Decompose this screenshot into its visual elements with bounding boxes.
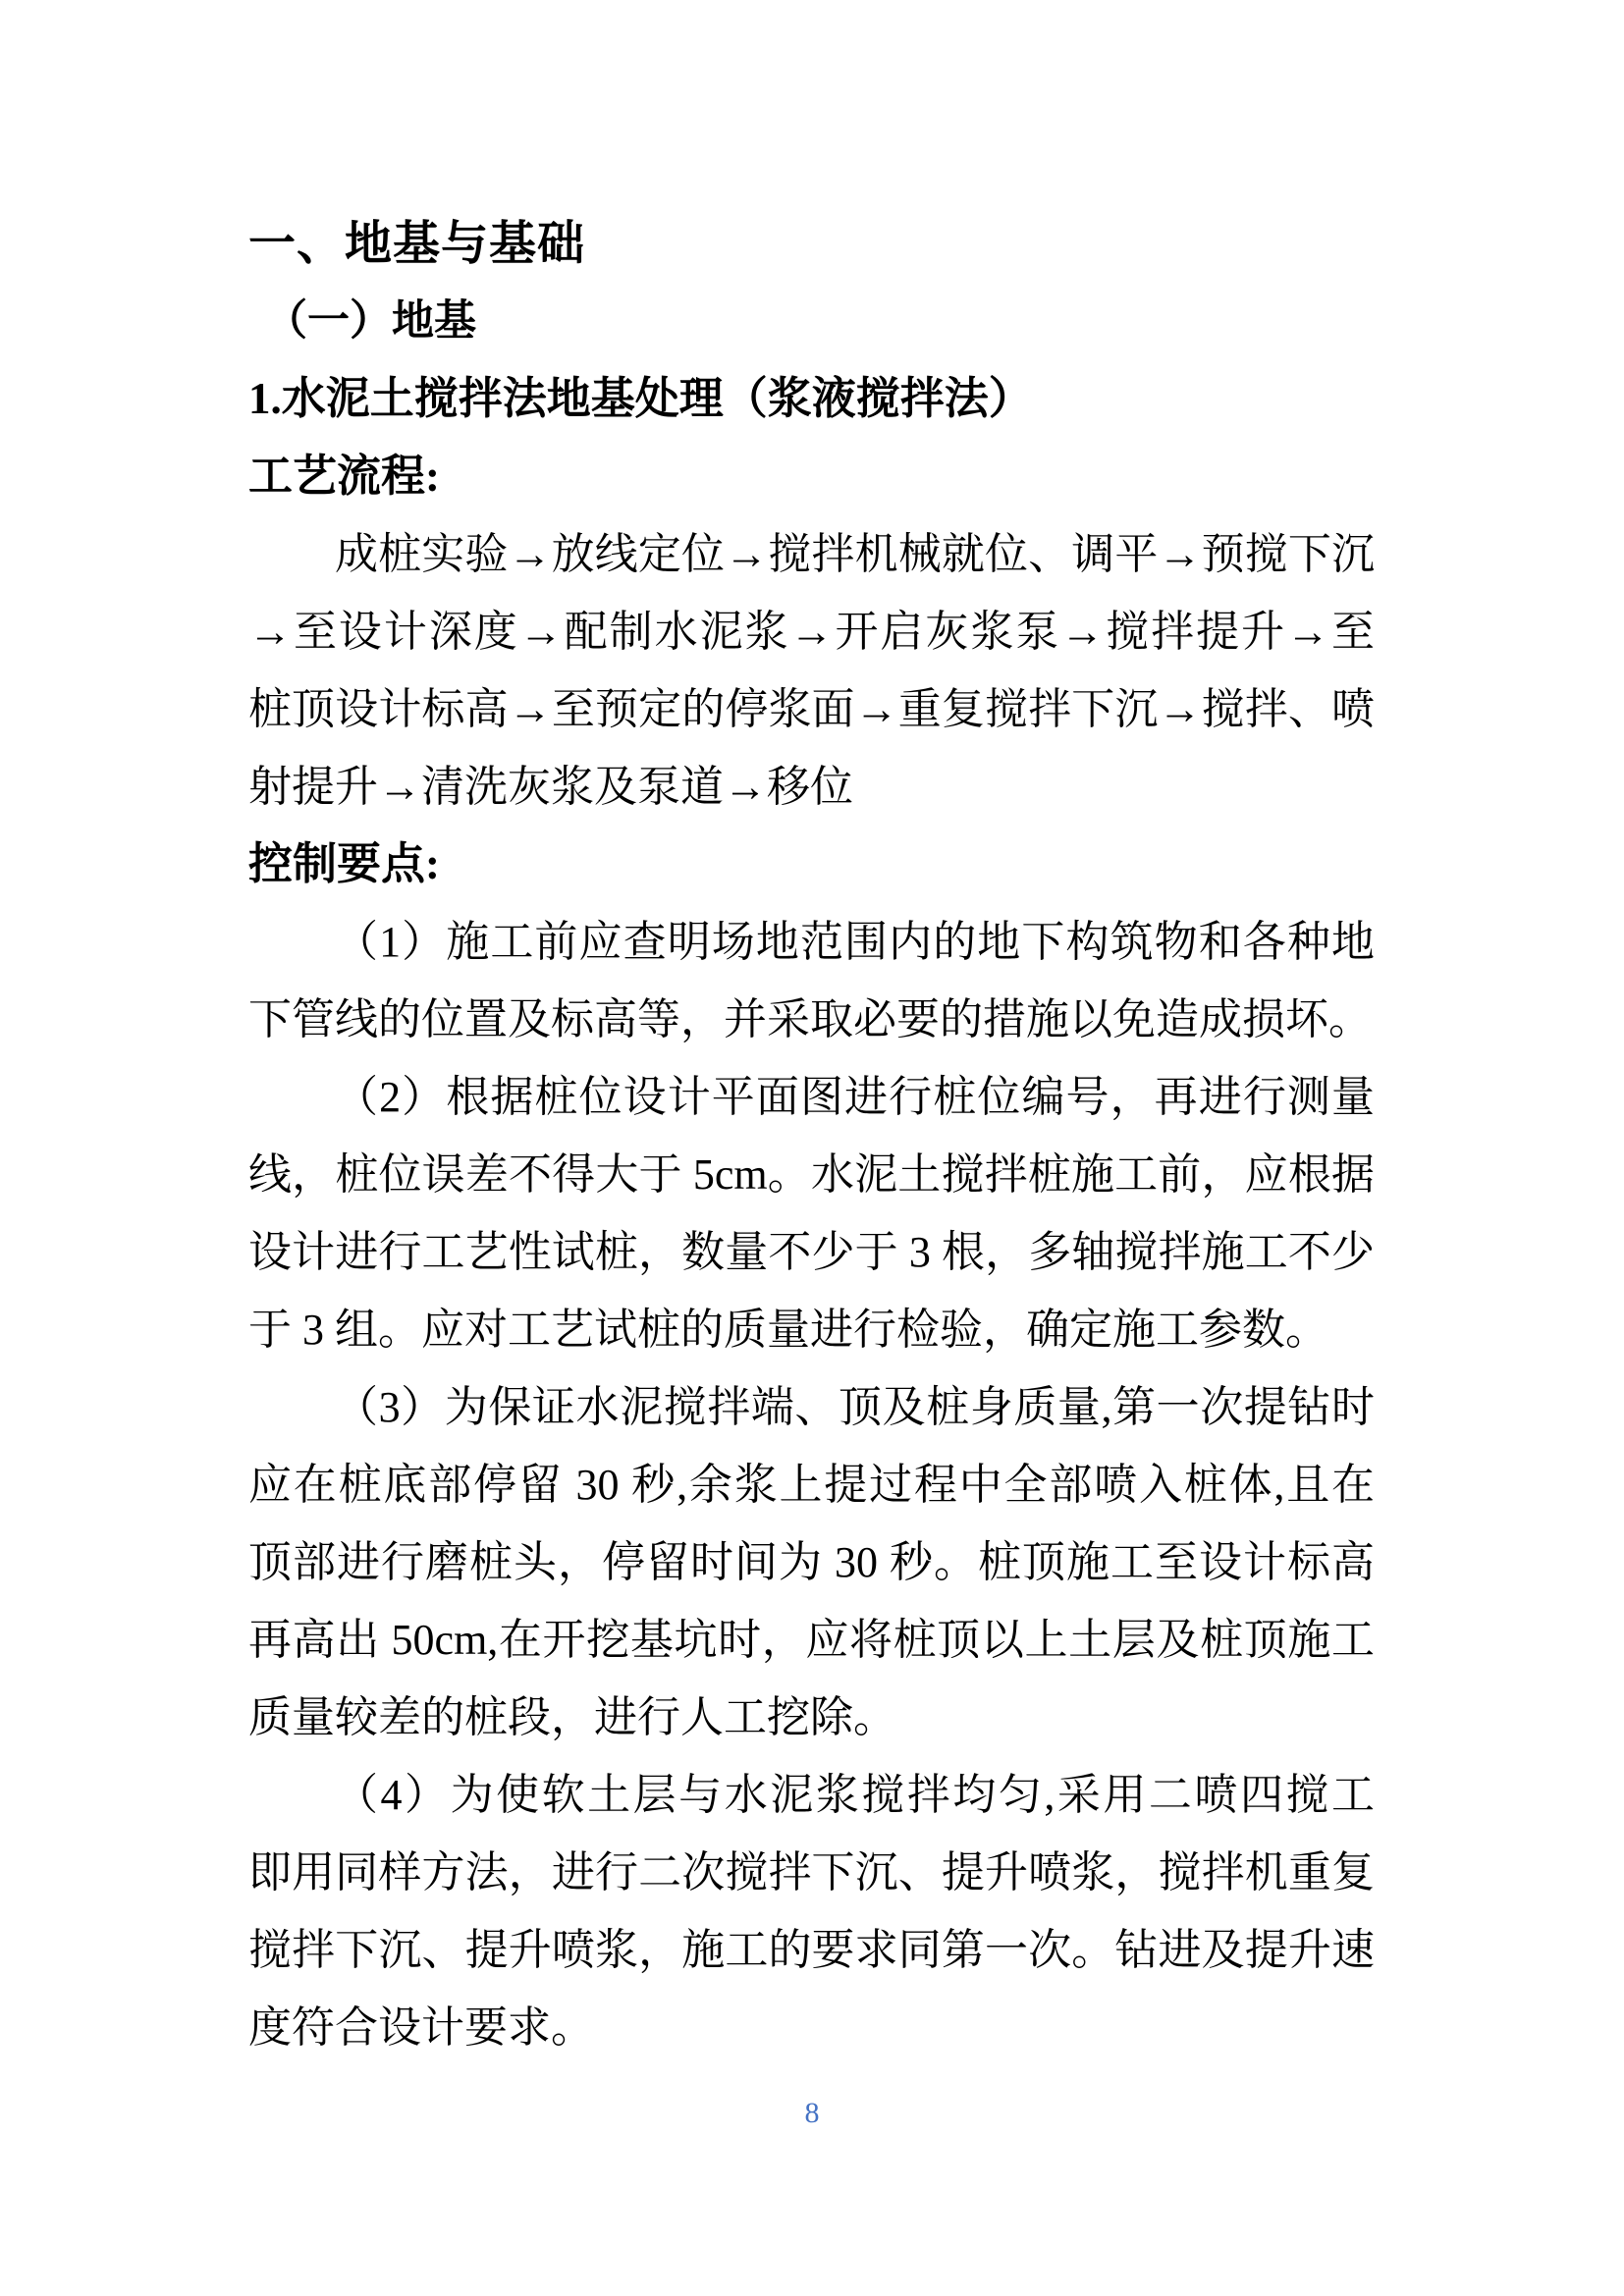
key-point-line: 线，桩位误差不得大于 5cm。水泥土搅拌桩施工前，应根据	[248, 1136, 1375, 1213]
key-point-line: 搅拌下沉、提升喷浆，施工的要求同第一次。钻进及提升速	[248, 1911, 1375, 1989]
heading-2: （一）地基	[265, 283, 1375, 360]
key-points-label: 控制要点:	[248, 826, 1375, 903]
process-flow-line: 桩顶设计标高→至预定的停浆面→重复搅拌下沉→搅拌、喷	[248, 670, 1375, 748]
key-point-line: 质量较差的桩段，进行人工挖除。	[248, 1679, 1375, 1756]
page-number: 8	[0, 2089, 1624, 2138]
key-point-line: 再高出 50cm,在开挖基坑时，应将桩顶以上土层及桩顶施工	[248, 1601, 1375, 1679]
process-flow-label: 工艺流程:	[248, 438, 1375, 515]
key-point-line: （2）根据桩位设计平面图进行桩位编号，再进行测量放	[248, 1058, 1375, 1136]
key-point-line: 顶部进行磨桩头，停留时间为 30 秒。桩顶施工至设计标高	[248, 1523, 1375, 1601]
content-area: 一、地基与基础 （一）地基 1.水泥土搅拌法地基处理（浆液搅拌法） 工艺流程: …	[248, 205, 1375, 2066]
key-point-line: （4）为使软土层与水泥浆搅拌均匀,采用二喷四搅工艺。	[248, 1756, 1375, 1834]
heading-3: 1.水泥土搅拌法地基处理（浆液搅拌法）	[248, 360, 1375, 438]
key-point-line: （1）施工前应查明场地范围内的地下构筑物和各种地	[248, 903, 1375, 981]
key-point-line: 度符合设计要求。	[248, 1989, 1375, 2066]
key-point-line: 应在桩底部停留 30 秒,余浆上提过程中全部喷入桩体,且在	[248, 1446, 1375, 1523]
process-flow-line: 射提升→清洗灰浆及泵道→移位	[248, 748, 1375, 826]
document-page: 一、地基与基础 （一）地基 1.水泥土搅拌法地基处理（浆液搅拌法） 工艺流程: …	[0, 0, 1624, 2296]
process-flow-line: →至设计深度→配制水泥浆→开启灰浆泵→搅拌提升→至	[248, 593, 1375, 670]
key-point-line: 下管线的位置及标高等，并采取必要的措施以免造成损坏。	[248, 981, 1375, 1058]
key-point-line: （3）为保证水泥搅拌端、顶及桩身质量,第一次提钻时	[248, 1368, 1375, 1446]
key-point-line: 设计进行工艺性试桩，数量不少于 3 根，多轴搅拌施工不少	[248, 1213, 1375, 1291]
process-flow-line: 成桩实验→放线定位→搅拌机械就位、调平→预搅下沉	[248, 515, 1375, 593]
heading-1: 一、地基与基础	[248, 205, 1375, 283]
key-point-line: 即用同样方法，进行二次搅拌下沉、提升喷浆，搅拌机重复	[248, 1834, 1375, 1911]
key-point-line: 于 3 组。应对工艺试桩的质量进行检验，确定施工参数。	[248, 1291, 1375, 1368]
